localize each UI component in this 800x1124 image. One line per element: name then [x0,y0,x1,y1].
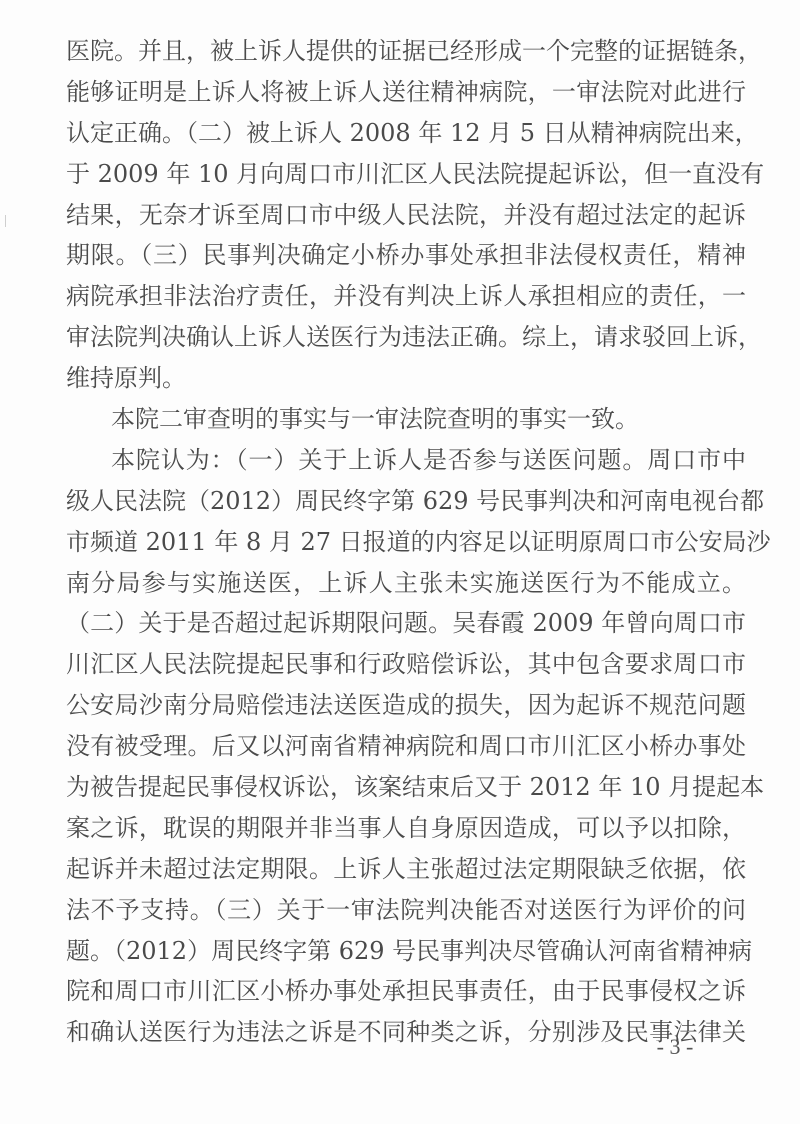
text-line: 南分局参与实施送医，上诉人主张未实施送医行为不能成立。 [66,563,746,604]
text-line: 市频道 2011 年 8 月 27 日报道的内容足以证明原周口市公安局沙 [66,522,746,563]
text-line: 川汇区人民法院提起民事和行政赔偿诉讼，其中包含要求周口市 [66,644,746,685]
text-line: 为被告提起民事侵权诉讼，该案结束后又于 2012 年 10 月提起本 [66,767,746,808]
text-line: 期限。（三）民事判决确定小桥办事处承担非法侵权责任，精神 [66,235,746,276]
text-line: 能够证明是上诉人将被上诉人送往精神病院，一审法院对此进行 [66,72,746,113]
text-line: 维持原判。 [66,358,746,399]
text-line: 于 2009 年 10 月向周口市川汇区人民法院提起诉讼，但一直没有 [66,154,746,195]
text-line: 审法院判决确认上诉人送医行为违法正确。综上，请求驳回上诉， [66,317,746,358]
page-number: - 3 - [640,1034,710,1060]
text-line: 公安局沙南分局赔偿违法送医造成的损失，因为起诉不规范问题 [66,685,746,726]
text-line: 没有被受理。后又以河南省精神病院和周口市川汇区小桥办事处 [66,726,746,767]
judgment-body-text: 医院。并且，被上诉人提供的证据已经形成一个完整的证据链条， 能够证明是上诉人将被… [66,31,746,1053]
text-line: 题。（2012）周民终字第 629 号民事判决尽管确认河南省精神病 [66,931,746,972]
text-line: 认定正确。（二）被上诉人 2008 年 12 月 5 日从精神病院出来， [66,113,746,154]
text-line: 结果，无奈才诉至周口市中级人民法院，并没有超过法定的起诉 [66,195,746,236]
text-line: 院和周口市川汇区小桥办事处承担民事责任，由于民事侵权之诉 [66,971,746,1012]
text-line: （二）关于是否超过起诉期限问题。吴春霞 2009 年曾向周口市 [66,603,746,644]
text-line: 级人民法院（2012）周民终字第 629 号民事判决和河南电视台都 [66,481,746,522]
text-line: 病院承担非法治疗责任，并没有判决上诉人承担相应的责任，一 [66,276,746,317]
text-line: 起诉并未超过法定期限。上诉人主张超过法定期限缺乏依据，依 [66,849,746,890]
text-line: 本院认为：（一）关于上诉人是否参与送医问题。周口市中 [66,440,746,481]
document-page: 医院。并且，被上诉人提供的证据已经形成一个完整的证据链条， 能够证明是上诉人将被… [0,0,800,1124]
text-line: 医院。并且，被上诉人提供的证据已经形成一个完整的证据链条， [66,31,746,72]
text-line: 法不予支持。（三）关于一审法院判决能否对送医行为评价的问 [66,890,746,931]
text-line: 案之诉，耽误的期限并非当事人自身原因造成，可以予以扣除， [66,808,746,849]
text-line: 本院二审查明的事实与一审法院查明的事实一致。 [66,399,746,440]
scan-artifact [5,215,6,227]
